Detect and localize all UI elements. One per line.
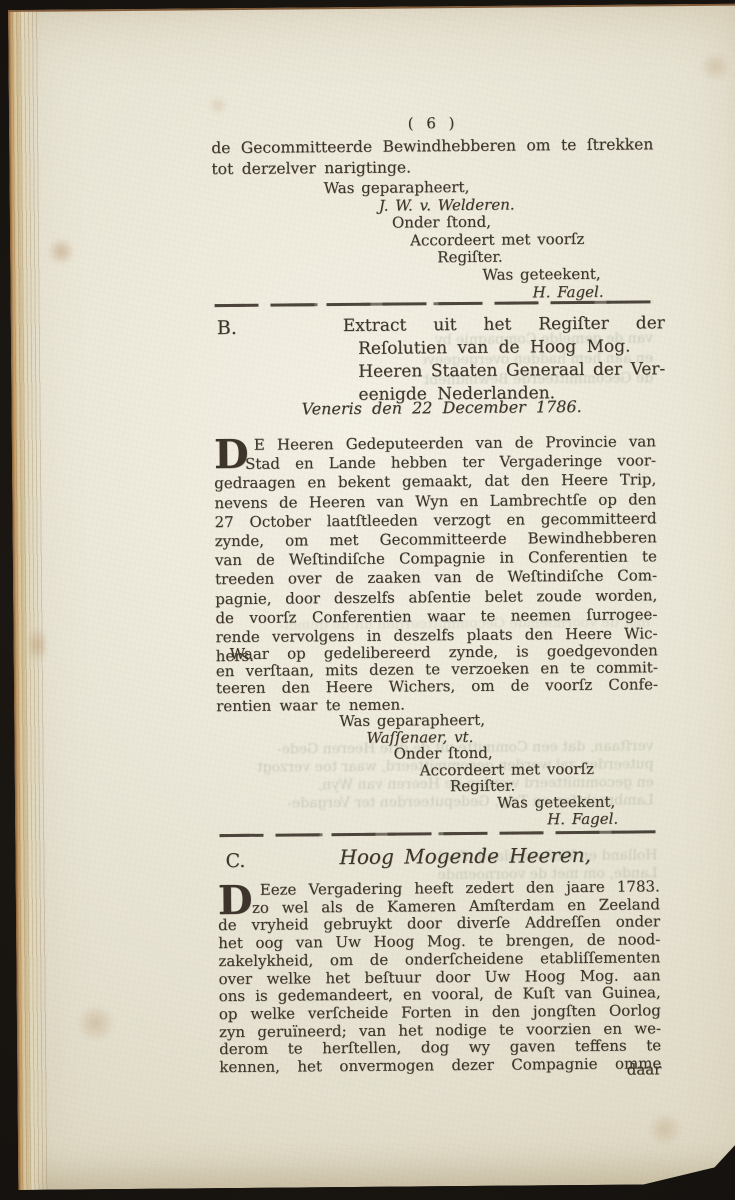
address-paragraph: D Eeze Vergadering heeft zedert den jaar… [218,878,662,1077]
dropcap: D [214,438,249,472]
printed-text-layer: van de gemelde Compagnie by hem waren ge… [0,0,735,1200]
resolution-paragraph-2: Waar op gedelibereerd zynde, is goedgevo… [216,642,659,715]
signature-line: Onder ſtond, [392,212,654,232]
scanned-book-page: van de gemelde Compagnie by hem waren ge… [0,0,735,1200]
dateline: Veneris den 22 December 1786. [301,396,655,418]
signature-line: Accordeert met voorſz [420,760,659,779]
signature-block-b: Was geparapheert, Waſſenaer, vt. Onder ſ… [216,710,659,830]
section-label: C. [225,850,245,872]
heading-line: Reſolutien van de Hoog Mog. [358,335,665,361]
text-line: de Gecommitteerde Bewindhebberen om te ſ… [211,134,653,159]
text-line: tot derzelver narigtinge. [211,155,653,180]
section-label: B. [217,317,237,339]
signature-line: Was geteekent, [497,793,659,811]
signature-line: H. Fagel. [532,283,654,302]
section-c-heading: C. Hoog Mogende Heeren, [217,845,659,868]
section-b-heading: B. Extract uit het Regiſter der Reſoluti… [213,312,656,408]
dateline-block: Veneris den 22 December 1786. [214,396,656,419]
signature-line: Was geteekent, [482,265,654,284]
signature-block-a: Was geparapheert, J. W. v. Welderen. Ond… [212,177,655,304]
intro-paragraph: de Gecommitteerde Bewindhebberen om te ſ… [211,134,653,180]
dropcap: D [218,884,253,918]
signature-line: Regiſter. [437,248,654,267]
heading-line: Hoog Mogende Heeren, [339,845,659,867]
heading-line: Heeren Staaten Generaal der Ver- [358,358,665,384]
signature-line: H. Fagel. [547,810,659,828]
resolution-paragraph: D E Heeren Gedeputeerden van de Provinci… [214,432,658,666]
signature-line: Accordeert met voorſz [410,230,654,250]
page-number: ( 6 ) [211,112,653,134]
heading-line: Extract uit het Regiſter der [343,312,665,338]
